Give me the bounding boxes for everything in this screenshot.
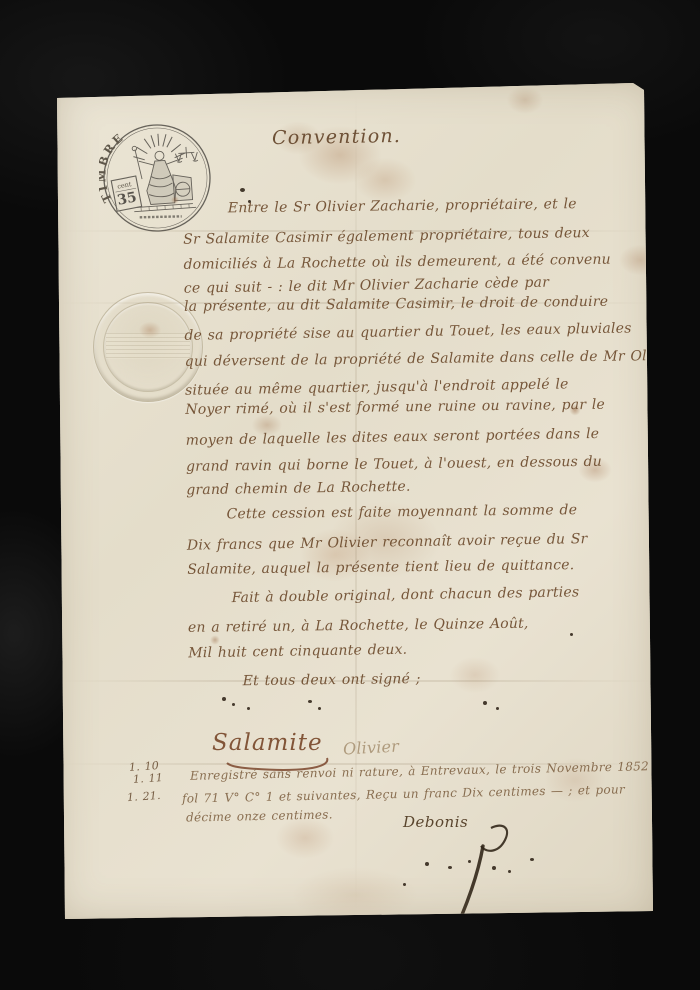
- manuscript-line: de sa propriété sise au quartier du Toue…: [184, 320, 631, 343]
- manuscript-line: Et tous deux ont signé ;: [243, 671, 421, 689]
- manuscript-paper: TIMBRE: [55, 80, 657, 922]
- manuscript-line: domiciliés à La Rochette où ils demeuren…: [183, 252, 610, 273]
- manuscript-line: la présente, au dit Salamite Casimir, le…: [184, 294, 608, 315]
- manuscript-line: ce qui suit - : le dit Mr Olivier Zachar…: [184, 275, 549, 297]
- manuscript-line: Cette cession est faite moyennant la som…: [227, 502, 578, 522]
- signature-olivier: Olivier: [343, 737, 400, 759]
- manuscript-line: Entre le Sr Olivier Zacharie, propriétai…: [228, 196, 577, 216]
- manuscript-line: Mil huit cent cinquante deux.: [188, 642, 407, 662]
- margin-note: 1. 11: [133, 771, 164, 786]
- signature-salamite: Salamite: [212, 730, 323, 756]
- manuscript-line: moyen de laquelle les dites eaux seront …: [186, 426, 600, 449]
- manuscript-line: Salamite, auquel la présente tient lieu …: [187, 557, 574, 578]
- margin-note: 1. 21.: [127, 789, 162, 804]
- manuscript-line: Fait à double original, dont chacun des …: [231, 584, 579, 606]
- manuscript-line: Sr Salamite Casimir également propriétai…: [183, 225, 590, 248]
- manuscript-line: en a retiré un, à La Rochette, le Quinze…: [188, 616, 529, 636]
- manuscript-line: qui déversent de la propriété de Salamit…: [185, 348, 680, 370]
- manuscript-line: située au même quartier, jusqu'à l'endro…: [185, 376, 569, 398]
- manuscript-line: Dix francs que Mr Olivier reconnaît avoi…: [187, 531, 588, 554]
- manuscript-line: grand chemin de La Rochette.: [186, 479, 411, 499]
- manuscript-line: grand ravin qui borne le Touet, à l'oues…: [186, 454, 602, 475]
- manuscript-line: Noyer rimé, où il s'est formé une ruine …: [185, 397, 605, 418]
- photograph-backdrop: { "document": { "title": "Convention.", …: [0, 0, 700, 990]
- signature-flourish: [385, 822, 525, 990]
- document-title: Convention.: [272, 125, 401, 149]
